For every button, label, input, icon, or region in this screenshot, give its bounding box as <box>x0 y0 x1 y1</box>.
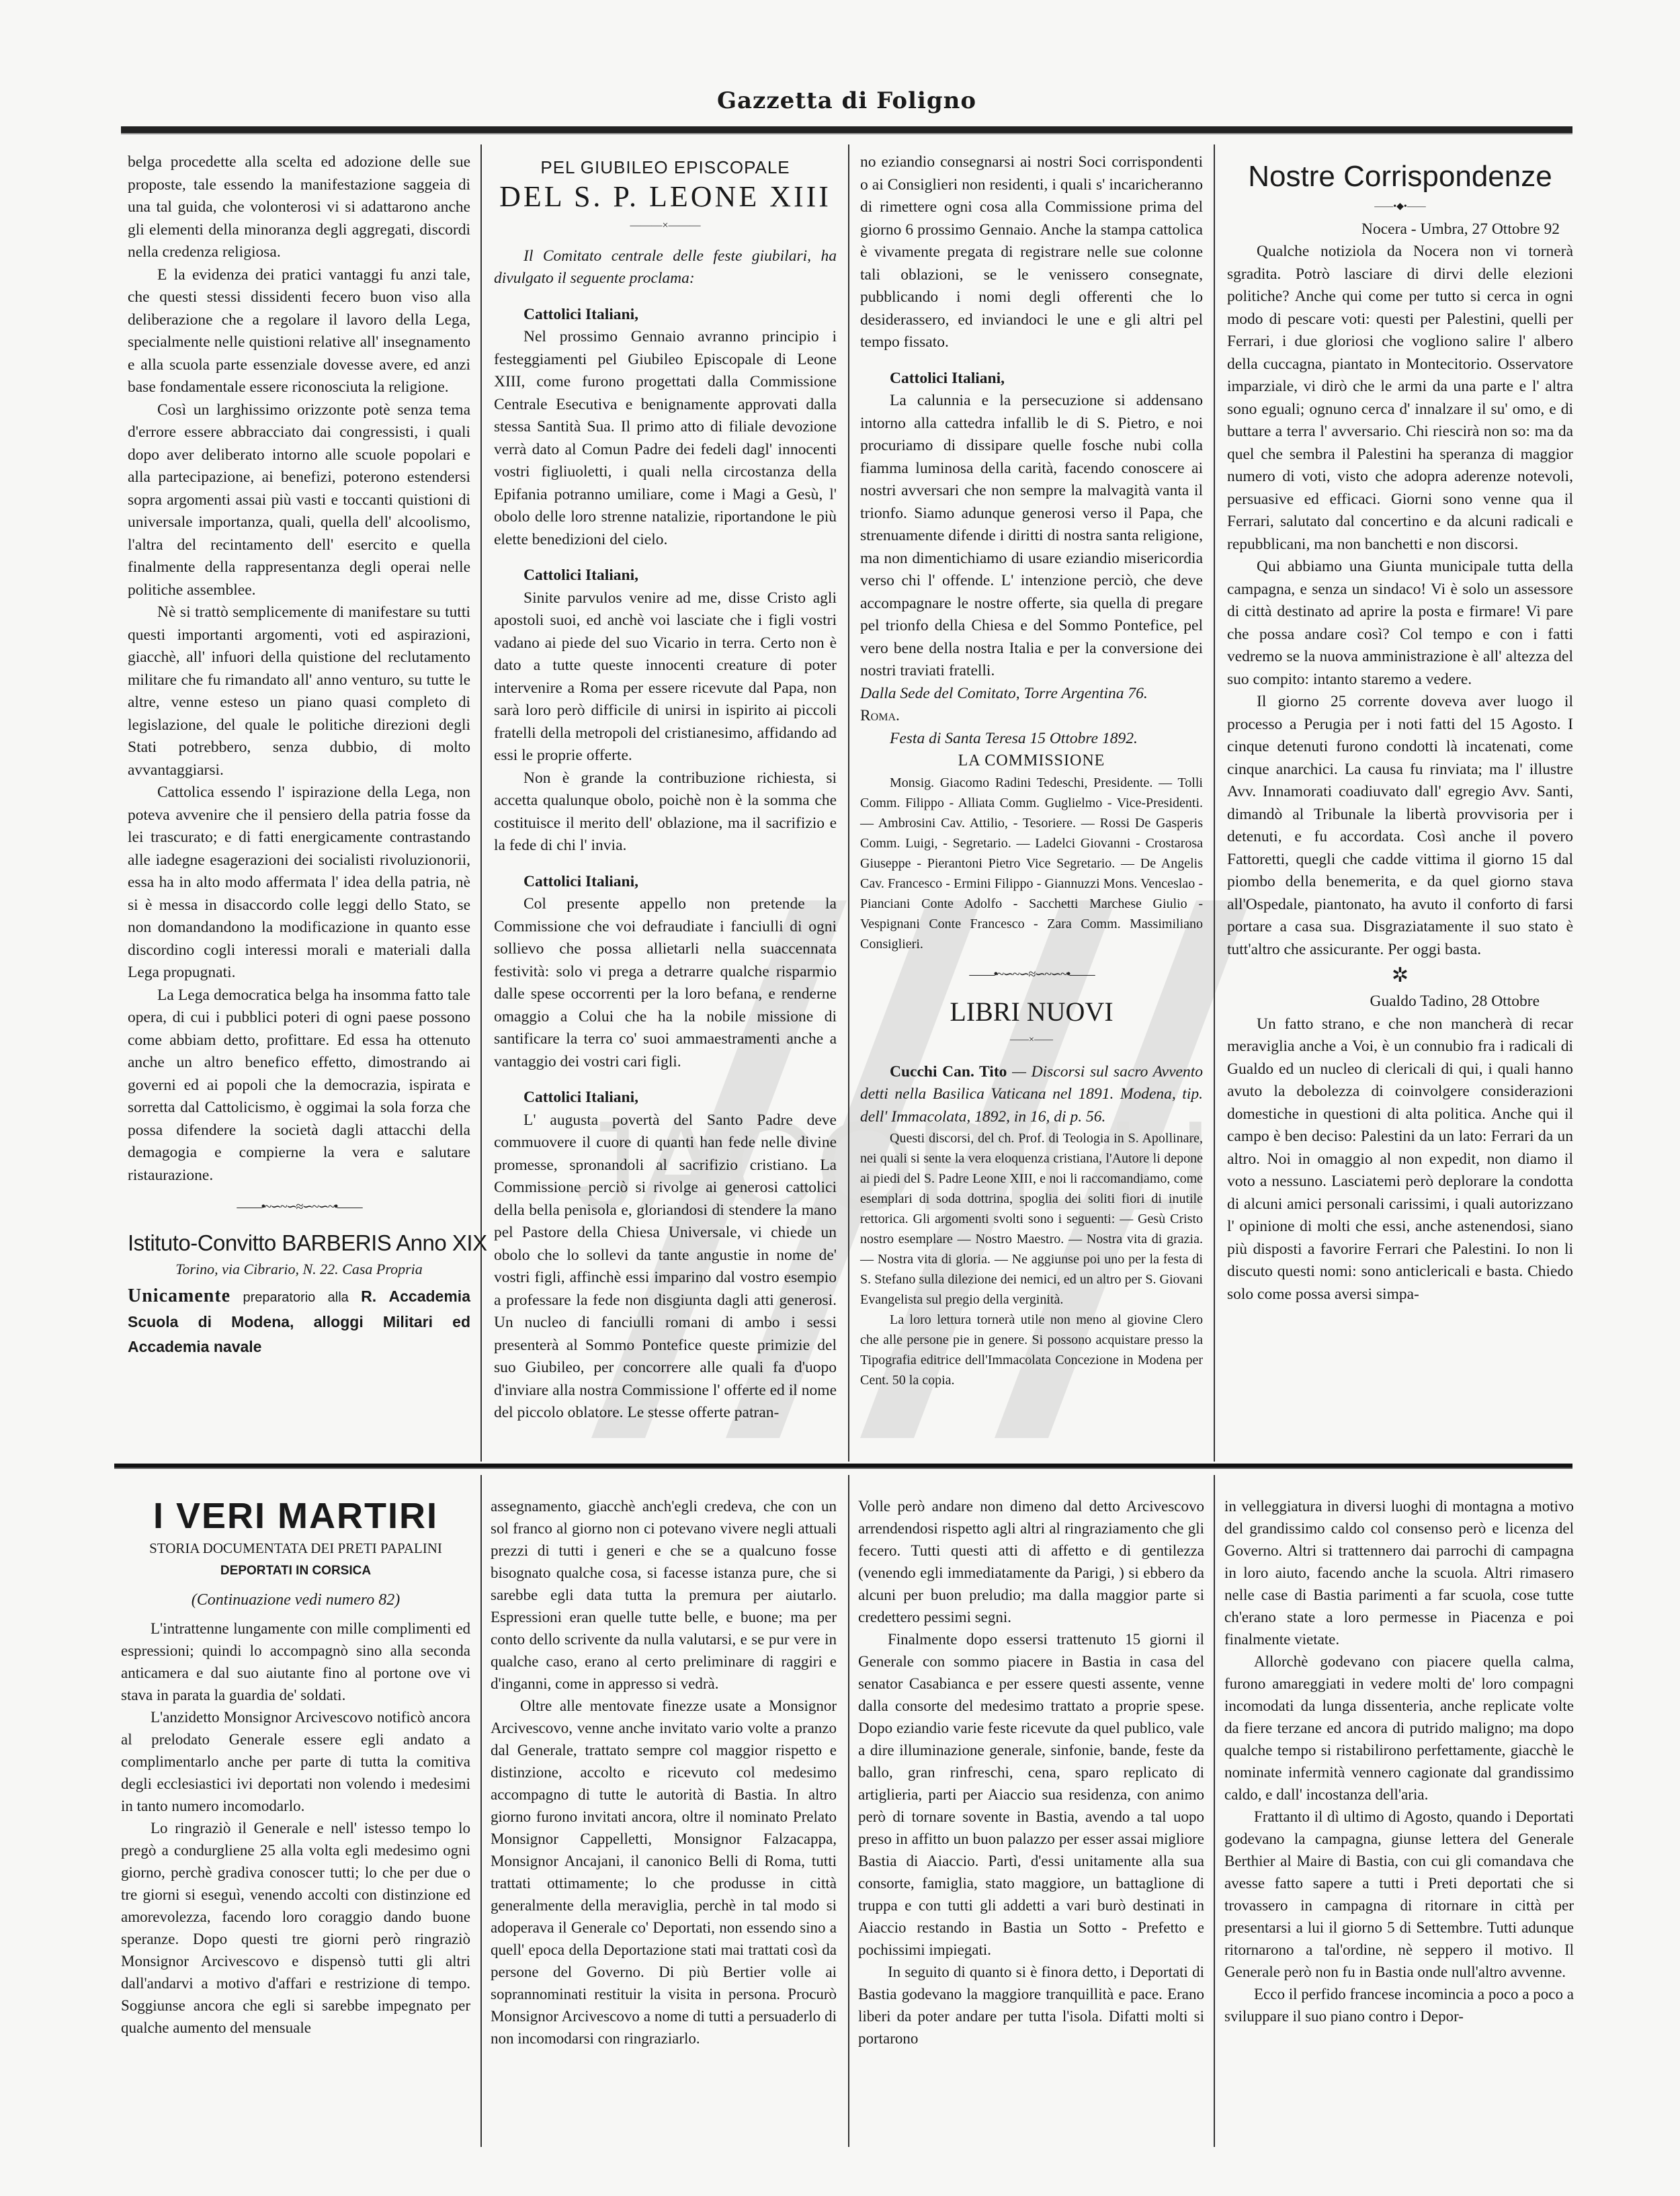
city: Roma. <box>860 705 1203 728</box>
article-paragraph: L'intrattenne lungamente con mille compl… <box>121 1617 470 1706</box>
column-3-article: no eziandio consegnarsi ai nostri Soci c… <box>860 151 1203 1390</box>
article-paragraph: Lo ringraziò il Generale e nell' istesso… <box>121 1817 470 2039</box>
ornament-divider-icon: ——•~∽~∽≈∽~∽~•—— <box>860 964 1203 986</box>
article-paragraph: no eziandio consegnarsi ai nostri Soci c… <box>860 151 1203 354</box>
ad-text: preparatorio alla <box>230 1290 361 1305</box>
book-note: La loro lettura tornerà utile non meno a… <box>860 1310 1203 1390</box>
ornament-divider-icon: ——•~∽~∽≈∽~∽~•—— <box>128 1196 470 1219</box>
commission-title: LA COMMISSIONE <box>860 750 1203 773</box>
section-rule <box>114 1464 1572 1469</box>
newspaper-title: Gazzetta di Foligno <box>717 87 976 114</box>
commission-members: Monsig. Giacomo Radini Tedeschi, Preside… <box>860 773 1203 954</box>
headline: DEL S. P. LEONE XIII <box>494 179 837 214</box>
column-divider <box>480 1475 482 2147</box>
asterisk-ornament-icon: ✲ <box>1227 961 1573 990</box>
article-paragraph: belga procedette alla scelta ed adozione… <box>128 151 470 264</box>
column-divider <box>848 144 849 1462</box>
article-paragraph: in velleggiatura in diversi luoghi di mo… <box>1224 1495 1574 1650</box>
masthead: Gazzetta di Foligno <box>121 87 1572 114</box>
dateline: Gualdo Tadino, 28 Ottobre <box>1227 990 1573 1013</box>
article-paragraph: Frattanto il dì ultimo di Agosto, quando… <box>1224 1806 1574 1983</box>
serial-headline: I VERI MARTIRI <box>121 1495 470 1537</box>
ad-body: Unicamente preparatorio alla R. Accademi… <box>128 1284 470 1359</box>
column-divider <box>1214 1475 1215 2147</box>
date: Festa di Santa Teresa 15 Ottobre 1892. <box>860 728 1203 751</box>
article-paragraph: E la evidenza dei pratici vantaggi fu an… <box>128 264 470 399</box>
article-paragraph: Col presente appello non pretende la Com… <box>494 893 837 1073</box>
column-2-article: PEL GIUBILEO EPISCOPALE DEL S. P. LEONE … <box>494 151 837 1425</box>
bottom-column-2: assegnamento, giacchè anch'egli credeva,… <box>491 1495 837 2050</box>
column-divider <box>848 1475 849 2147</box>
article-paragraph: Volle però andare non dimeno dal detto A… <box>858 1495 1204 1628</box>
article-paragraph: Non è grande la contribuzione richiesta,… <box>494 767 837 857</box>
advertisement: Istituto-Convitto BARBERIS Anno XIX Tori… <box>128 1228 470 1281</box>
ad-address: Torino, via Cibrario, N. 22. Casa Propri… <box>128 1258 470 1281</box>
salutation: Cattolici Italiani, <box>494 564 837 587</box>
divider-icon: ——•◆•—— <box>1227 196 1573 218</box>
serial-subtitle-2: DEPORTATI IN CORSICA <box>121 1560 470 1582</box>
article-paragraph: L' augusta povertà del Santo Padre deve … <box>494 1109 837 1425</box>
article-paragraph: Il giorno 25 corrente doveva aver luogo … <box>1227 691 1573 961</box>
book-entry: Cucchi Can. Tito — Discorsi sul sacro Av… <box>860 1061 1203 1129</box>
kicker: PEL GIUBILEO EPISCOPALE <box>494 155 837 179</box>
article-paragraph: In seguito di quanto si è finora detto, … <box>858 1961 1204 2050</box>
article-paragraph: Ecco il perfido francese incomincia a po… <box>1224 1983 1574 2027</box>
article-paragraph: Cattolica essendo l' ispirazione della L… <box>128 782 470 984</box>
bottom-column-4: in velleggiatura in diversi luoghi di mo… <box>1224 1495 1574 2027</box>
book-author: Cucchi Can. Tito <box>890 1063 1007 1081</box>
divider-icon: ——×—— <box>860 1029 1203 1052</box>
article-paragraph: L'anzidetto Monsignor Arcivescovo notifi… <box>121 1706 470 1817</box>
article-paragraph: La calunnia e la persecuzione si addensa… <box>860 390 1203 683</box>
ad-title: Istituto-Convitto BARBERIS Anno XIX <box>128 1228 470 1258</box>
ad-lead: Unicamente <box>128 1285 230 1306</box>
article-paragraph: Un fatto strano, e che non mancherà di r… <box>1227 1013 1573 1306</box>
salutation: Cattolici Italiani, <box>494 304 837 327</box>
column-1-article: belga procedette alla scelta ed adozione… <box>128 151 470 1359</box>
article-paragraph: La Lega democratica belga ha insomma fat… <box>128 984 470 1187</box>
article-paragraph: Allorchè godevano con piacere quella cal… <box>1224 1650 1574 1806</box>
continuation-note: (Continuazione vedi numero 82) <box>121 1587 470 1613</box>
salutation: Cattolici Italiani, <box>860 368 1203 390</box>
article-paragraph: Così un larghissimo orizzonte potè senza… <box>128 399 470 602</box>
salutation: Cattolici Italiani, <box>494 871 837 894</box>
divider-icon: ———×——— <box>494 214 837 237</box>
masthead-rule <box>121 126 1572 134</box>
section-title-libri: LIBRI NUOVI <box>860 995 1203 1029</box>
article-paragraph: Qui abbiamo una Giunta municipale tutta … <box>1227 556 1573 691</box>
salutation: Cattolici Italiani, <box>494 1087 837 1109</box>
article-paragraph: Sinite parvulos venire ad me, disse Cris… <box>494 587 837 767</box>
intro: Il Comitato centrale delle feste giubila… <box>494 245 837 290</box>
article-paragraph: Oltre alle mentovate finezze usate a Mon… <box>491 1695 837 2050</box>
bottom-column-3: Volle però andare non dimeno dal detto A… <box>858 1495 1204 2050</box>
article-paragraph: assegnamento, giacchè anch'egli credeva,… <box>491 1495 837 1695</box>
article-paragraph: Nè si trattò semplicemente di manifestar… <box>128 601 470 782</box>
column-divider <box>480 144 482 1462</box>
book-review: Questi discorsi, del ch. Prof. di Teolog… <box>860 1128 1203 1310</box>
bottom-column-1: I VERI MARTIRI STORIA DOCUMENTATA DEI PR… <box>121 1495 470 2039</box>
serial-subtitle: STORIA DOCUMENTATA DEI PRETI PAPALINI <box>121 1537 470 1560</box>
article-paragraph: Qualche notiziola da Nocera non vi torne… <box>1227 241 1573 556</box>
column-4-correspondence: Nostre Corrispondenze ——•◆•—— Nocera - U… <box>1227 151 1573 1306</box>
article-paragraph: Nel prossimo Gennaio avranno principio i… <box>494 326 837 551</box>
column-divider <box>1214 144 1215 1462</box>
dateline: Nocera - Umbra, 27 Ottobre 92 <box>1227 218 1573 241</box>
article-paragraph: Finalmente dopo essersi trattenuto 15 gi… <box>858 1628 1204 1961</box>
section-headline: Nostre Corrispondenze <box>1227 158 1573 196</box>
sede: Dalla Sede del Comitato, Torre Argentina… <box>860 683 1203 706</box>
